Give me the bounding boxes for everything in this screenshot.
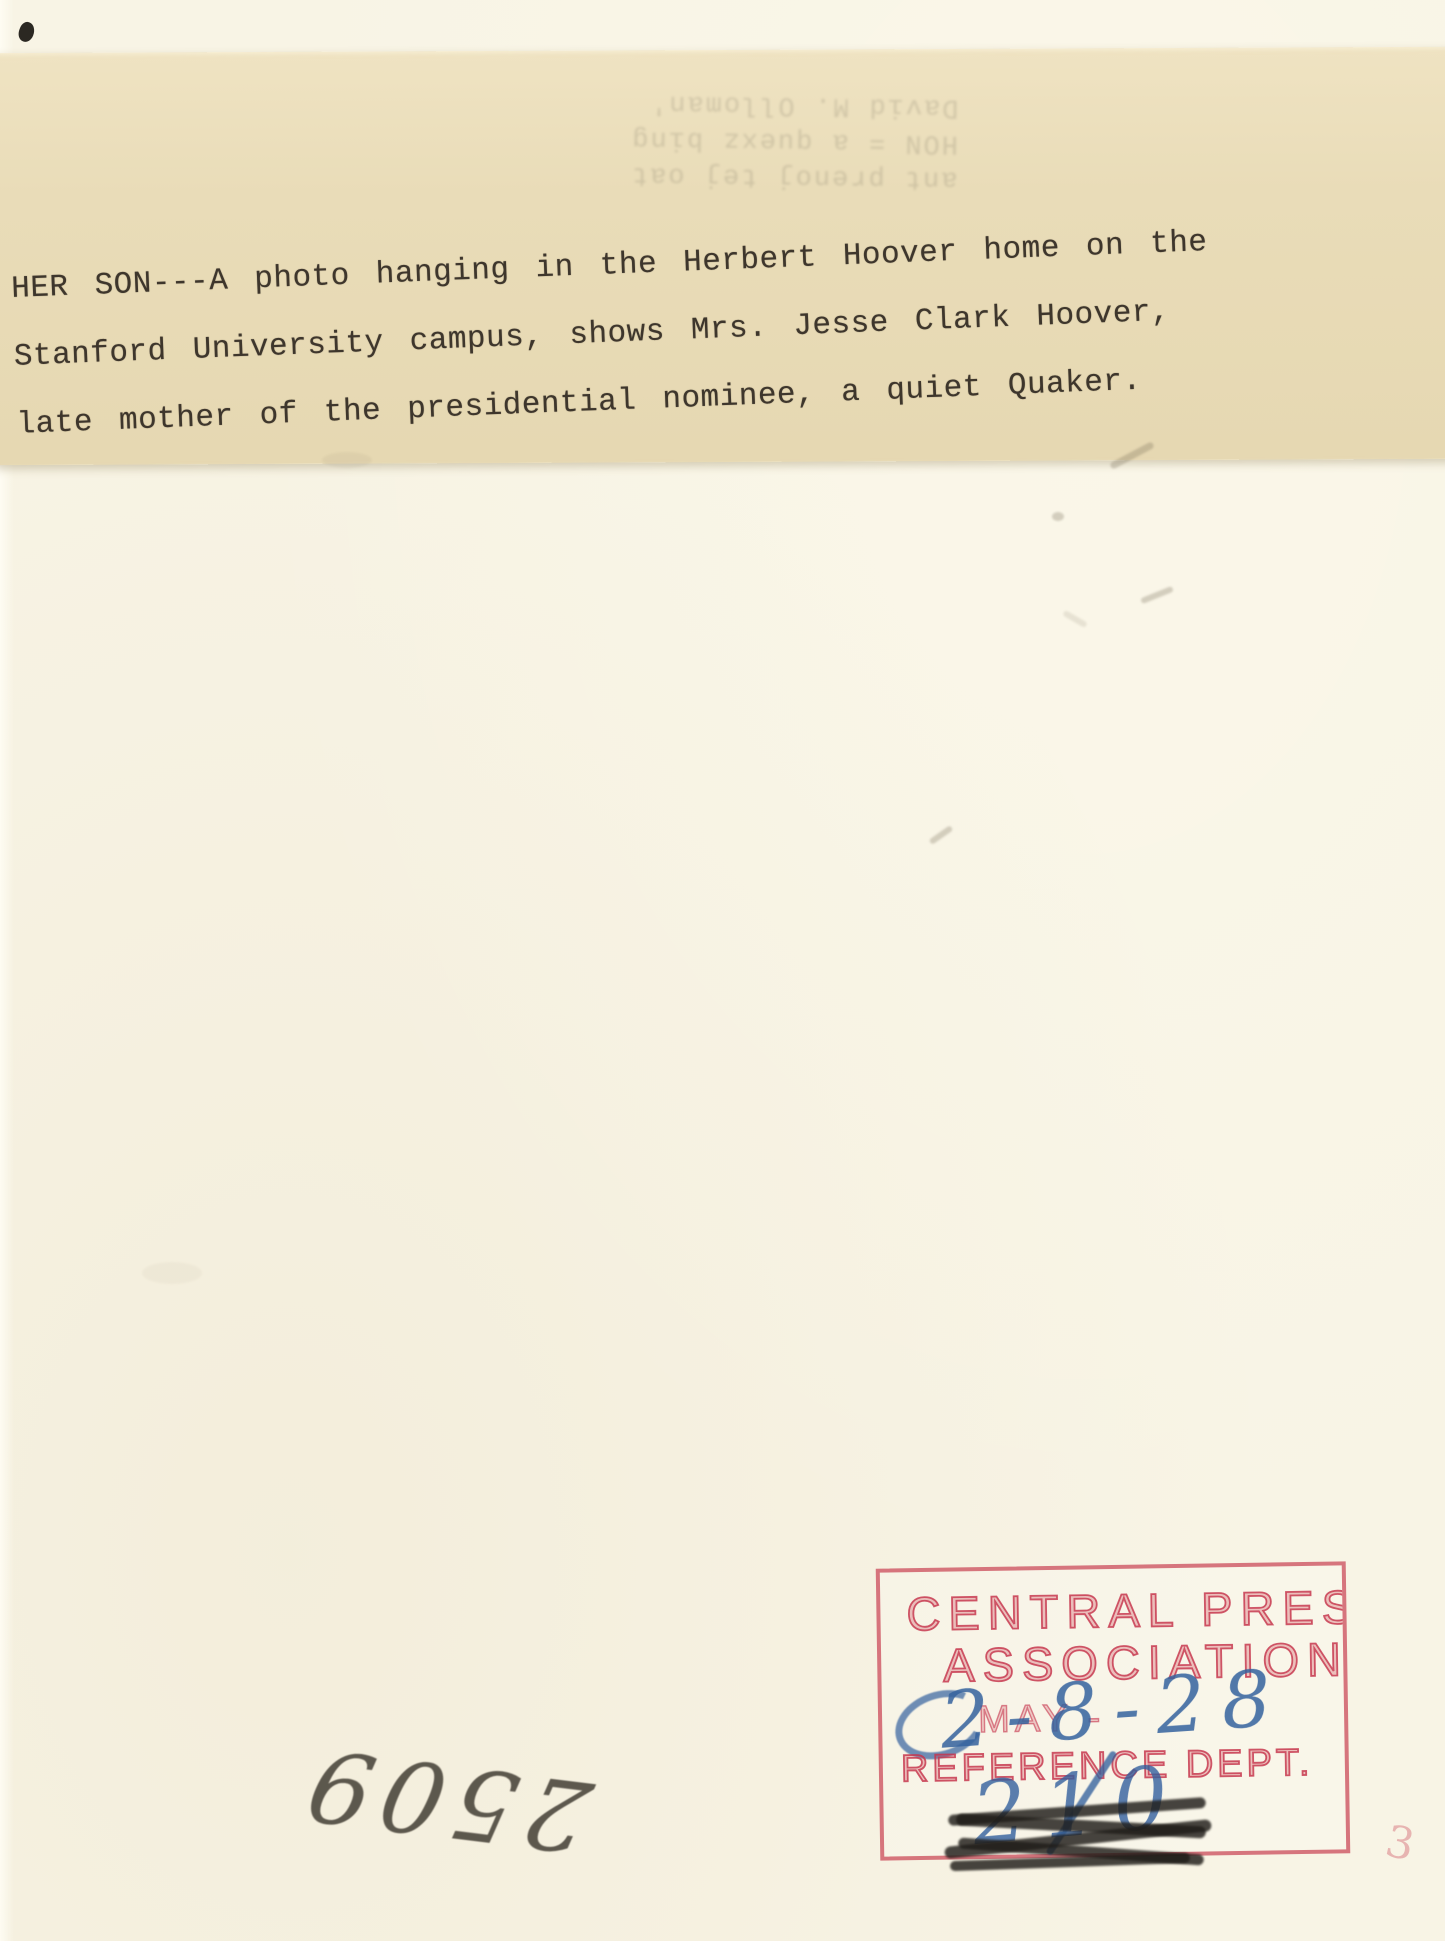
- photo-verso-scan: ant prenoj tej oat HON = a quexz bing Da…: [0, 0, 1445, 1941]
- ink-blot-corner: [16, 20, 37, 44]
- red-stray-mark: 3: [1381, 1816, 1419, 1872]
- bleed-line: HON = a quexz bing: [548, 119, 958, 161]
- stain-blot: [322, 452, 372, 468]
- scuff-mark: [1062, 610, 1088, 628]
- scuff-mark: [1052, 512, 1064, 521]
- scuff-mark: [929, 825, 954, 845]
- scuff-mark: [1140, 586, 1174, 604]
- bleed-line: ant prenoj tej oat: [547, 155, 957, 197]
- handwritten-number-upside-down: 2509: [288, 1726, 601, 1873]
- stain-blot: [142, 1262, 202, 1284]
- bleed-through-text: ant prenoj tej oat HON = a quexz bing Da…: [547, 83, 958, 197]
- bleed-line: David M. Olloman': [548, 83, 958, 125]
